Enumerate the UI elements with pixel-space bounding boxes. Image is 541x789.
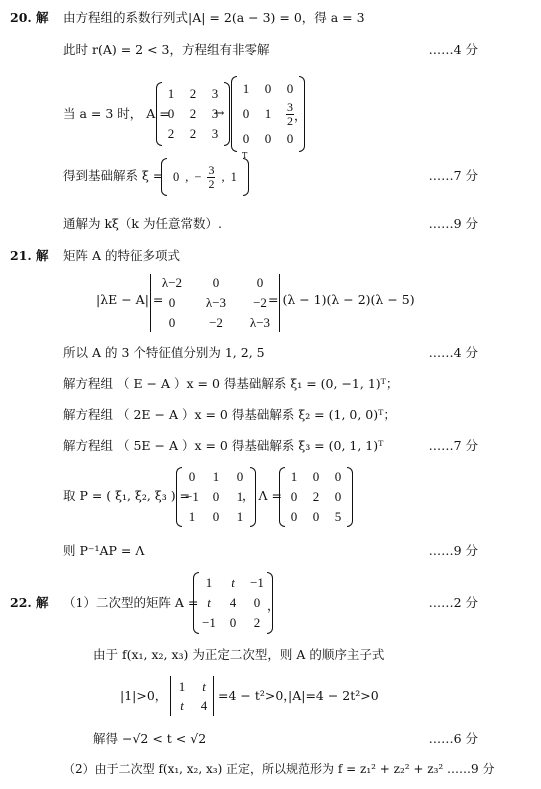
q20-transpose: T	[242, 152, 247, 160]
q21-line6-prefix: 取 P = ( ξ₁, ξ₂, ξ₃ ) =	[63, 490, 190, 503]
q22-part1-prefix: （1）二次型的矩阵 A =	[63, 597, 198, 610]
q21-score3: ……9 分	[429, 545, 478, 558]
q21-line3: 解方程组 （ E − A ）x = 0 得基础解系 ξ₁ = (0, −1, 1…	[63, 378, 398, 391]
q21-line2: 所以 A 的 3 个特征值分别为 1, 2, 5	[63, 347, 265, 360]
arrow-icon: →	[214, 107, 224, 120]
q21-line5: 解方程组 （ 5E − A ）x = 0 得基础解系 ξ₃ = (0, 1, 1…	[63, 440, 383, 453]
q20-xi-vector: 0, −32, 1	[161, 158, 249, 196]
q20-line1: 由方程组的系数行列式|A| = 2(a − 3) = 0，得 a = 3	[63, 12, 365, 25]
q21-number: 21.	[10, 250, 32, 263]
q22-part1-suffix: ，	[267, 600, 280, 613]
q20-line3-suffix: ，	[294, 110, 307, 123]
q22-score1: ……2 分	[429, 597, 478, 610]
q21-line7: 则 P⁻¹AP = Λ	[63, 545, 144, 558]
q20-line3-prefix: 当 a = 3 时， A =	[63, 108, 170, 121]
q22-minor2-rhs: =4 − t²>0，	[218, 690, 296, 703]
q21-score2: ……7 分	[429, 440, 478, 453]
q21-det-matrix: λ−200 0λ−3−2 0−2λ−3	[150, 274, 282, 332]
q22-line4: 解得 −√2 < t < √2	[93, 733, 206, 746]
q22-number: 22.	[10, 597, 32, 610]
q20-line4-prefix: 得到基础解系 ξ =	[63, 170, 163, 183]
q21-line4: 解方程组 （ 2E − A ）x = 0 得基础解系 ξ₂ = (1, 0, 0…	[63, 409, 396, 422]
q22-matrix-A: 1t−1 t40 −102	[193, 572, 273, 634]
q22-minor3: |A|=4 − 2t²>0	[288, 690, 379, 703]
q22-part2: （2）由于二次型 f(x₁, x₂, x₃) 正定，所以规范形为 f = z₁²…	[63, 763, 494, 775]
q20-line2: 此时 r(A) = 2 < 3，方程组有非零解	[63, 44, 269, 57]
q20-score1: ……4 分	[429, 44, 478, 57]
q22-jie: 解	[36, 597, 49, 610]
q20-number: 20.	[10, 12, 32, 25]
q21-jie: 解	[36, 250, 49, 263]
q21-line6-mid: ， Λ =	[242, 490, 282, 503]
q21-matrix-Lambda: 100 020 005	[279, 467, 353, 527]
q20-score2: ……7 分	[429, 170, 478, 183]
q20-score3: ……9 分	[429, 218, 478, 231]
q22-minor1: |1|>0，	[120, 690, 167, 703]
q22-minor2-matrix: 1t t4	[170, 676, 216, 716]
q21-det-rhs: = (λ − 1)(λ − 2)(λ − 5)	[268, 294, 415, 307]
q21-line1: 矩阵 A 的特征多项式	[63, 250, 180, 263]
q21-score1: ……4 分	[429, 347, 478, 360]
q20-jie: 解	[36, 12, 49, 25]
q20-line5: 通解为 kξ（k 为任意常数）.	[63, 218, 222, 231]
q22-line2: 由于 f(x₁, x₂, x₃) 为正定二次型，则 A 的顺序主子式	[93, 649, 384, 662]
q22-score2: ……6 分	[429, 733, 478, 746]
